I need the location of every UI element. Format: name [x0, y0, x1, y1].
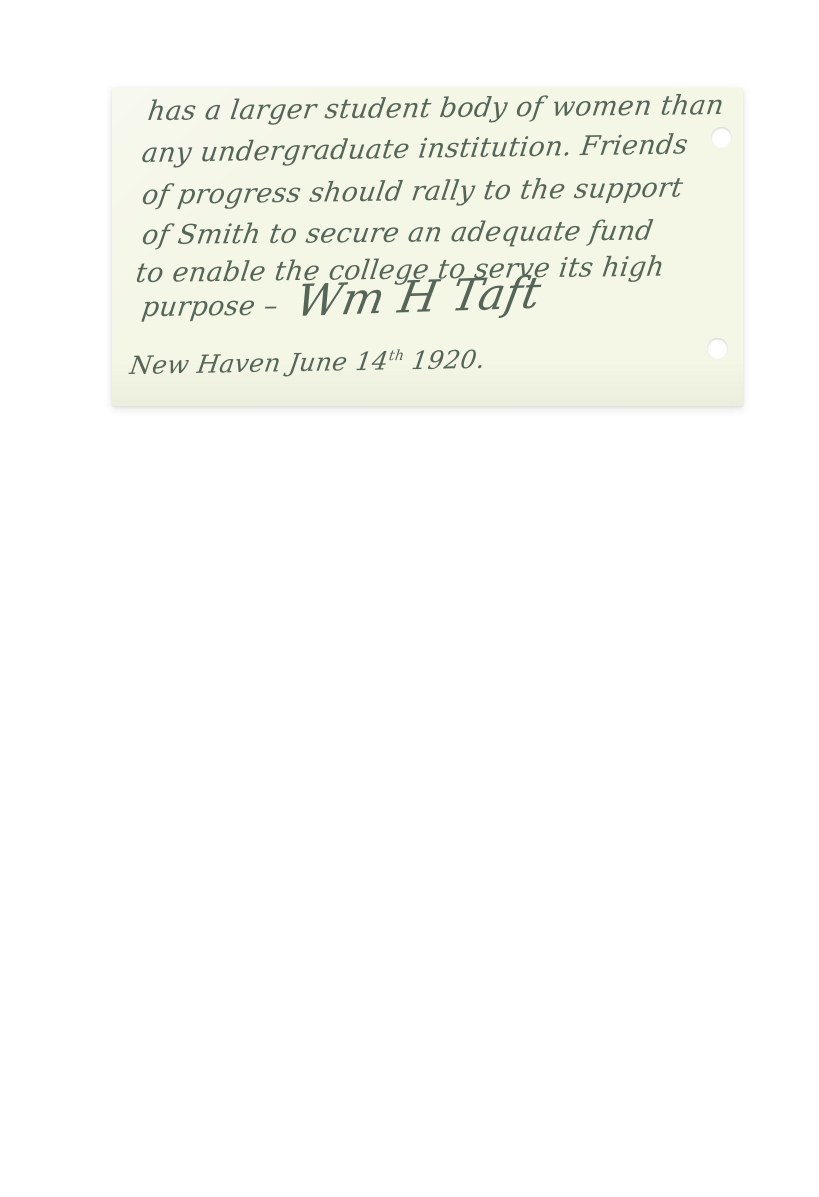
handwritten-line-3: of progress should rally to the support — [140, 172, 685, 211]
handwritten-line-4: of Smith to secure an adequate fund — [140, 216, 655, 251]
dateline: New Haven June 14th 1920. — [128, 345, 487, 380]
handwritten-line-2: any undergraduate institution. Friends — [140, 129, 690, 169]
punch-hole-bottom — [707, 338, 728, 359]
signature: Wm H Taft — [292, 268, 545, 327]
punch-hole-top — [711, 127, 732, 148]
handwritten-line-6: purpose – — [140, 291, 280, 323]
dateline-prefix: New Haven June 14 — [128, 347, 390, 380]
handwritten-line-1: has a larger student body of women than — [146, 90, 726, 127]
dateline-year: 1920. — [402, 345, 488, 375]
photo-background: has a larger student body of women than … — [0, 0, 819, 1197]
note-card: has a larger student body of women than … — [112, 88, 743, 406]
